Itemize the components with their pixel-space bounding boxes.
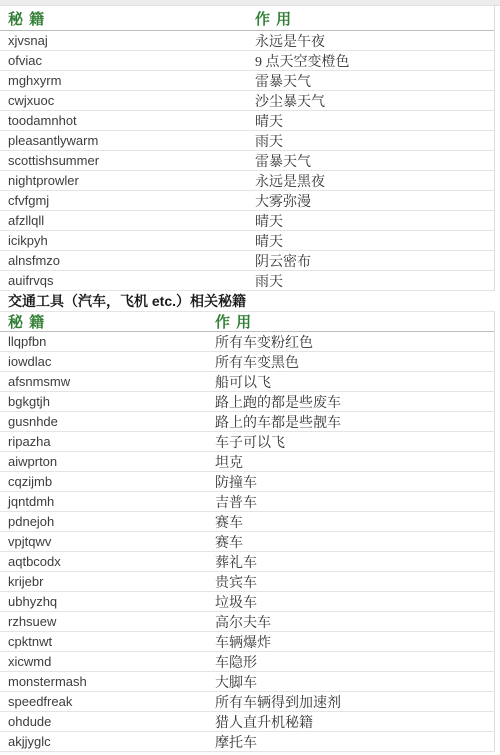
cheat-effect: 赛车: [215, 532, 494, 552]
cheat-effect: 船可以飞: [215, 372, 494, 392]
table-row: monstermash 大脚车: [0, 672, 494, 692]
table-row: cfvfgmj 大雾弥漫: [0, 191, 494, 211]
cheat-code: ofviac: [0, 53, 255, 68]
cheat-effect: 雨天: [255, 131, 494, 151]
cheat-code: iowdlac: [0, 354, 215, 369]
cheat-effect: 垃圾车: [215, 592, 494, 612]
cheat-code: auifrvqs: [0, 273, 255, 288]
cheat-effect: 摩托车: [215, 732, 494, 752]
cheat-code: cfvfgmj: [0, 193, 255, 208]
cheat-effect: 赛车: [215, 512, 494, 532]
cheat-effect: 大雾弥漫: [255, 191, 494, 211]
cheat-effect: 坦克: [215, 452, 494, 472]
cheat-effect: 雷暴天气: [255, 71, 494, 91]
table-row: gusnhde 路上的车都是些靓车: [0, 412, 494, 432]
cheat-effect: 永远是黑夜: [255, 171, 494, 191]
column-header-code: 秘 籍: [0, 8, 255, 29]
vehicle-section-title: 交通工具（汽车，飞机 etc.）相关秘籍: [0, 291, 500, 311]
cheat-code: monstermash: [0, 674, 215, 689]
cheat-code: gusnhde: [0, 414, 215, 429]
cheat-effect: 永远是午夜: [255, 31, 494, 51]
cheat-code: speedfreak: [0, 694, 215, 709]
cheat-effect: 晴天: [255, 211, 494, 231]
table-row: rzhsuew 高尔夫车: [0, 612, 494, 632]
vehicle-table-header-row: 秘 籍 作 用: [0, 312, 494, 332]
column-header-code: 秘 籍: [0, 311, 215, 332]
cheat-code: akjjyglc: [0, 734, 215, 749]
cheat-code: pleasantlywarm: [0, 133, 255, 148]
cheat-code: jqntdmh: [0, 494, 215, 509]
table-row: alnsfmzo 阴云密布: [0, 251, 494, 271]
cheat-effect: 阴云密布: [255, 251, 494, 271]
cheat-effect: 路上跑的都是些废车: [215, 392, 494, 412]
table-row: iowdlac 所有车变黑色: [0, 352, 494, 372]
table-row: xicwmd 车隐形: [0, 652, 494, 672]
vehicle-cheats-table: 秘 籍 作 用 llqpfbn 所有车变粉红色 iowdlac 所有车变黑色 a…: [0, 311, 495, 752]
cheat-code: pdnejoh: [0, 514, 215, 529]
cheat-effect: 晴天: [255, 111, 494, 131]
table-row: afzllqll 晴天: [0, 211, 494, 231]
cheat-effect: 防撞车: [215, 472, 494, 492]
cheat-effect: 高尔夫车: [215, 612, 494, 632]
table-row: icikpyh 晴天: [0, 231, 494, 251]
table-row: llqpfbn 所有车变粉红色: [0, 332, 494, 352]
cheat-effect: 大脚车: [215, 672, 494, 692]
cheat-code: nightprowler: [0, 173, 255, 188]
table-row: aqtbcodx 葬礼车: [0, 552, 494, 572]
cheat-effect: 车辆爆炸: [215, 632, 494, 652]
cheat-effect: 所有车变粉红色: [215, 332, 494, 352]
table-row: ofviac 9 点天空变橙色: [0, 51, 494, 71]
cheat-code: alnsfmzo: [0, 253, 255, 268]
table-row: cqzijmb 防撞车: [0, 472, 494, 492]
table-row: mghxyrm 雷暴天气: [0, 71, 494, 91]
cheat-code: cqzijmb: [0, 474, 215, 489]
table-row: krijebr 贵宾车: [0, 572, 494, 592]
table-row: scottishsummer 雷暴天气: [0, 151, 494, 171]
cheat-code: vpjtqwv: [0, 534, 215, 549]
cheat-code: aqtbcodx: [0, 554, 215, 569]
cheat-effect: 雷暴天气: [255, 151, 494, 171]
table-row: akjjyglc 摩托车: [0, 732, 494, 752]
cheat-effect: 9 点天空变橙色: [255, 51, 494, 71]
table-row: auifrvqs 雨天: [0, 271, 494, 291]
weather-table-header-row: 秘 籍 作 用: [0, 6, 494, 31]
table-row: bgkgtjh 路上跑的都是些废车: [0, 392, 494, 412]
cheat-code: scottishsummer: [0, 153, 255, 168]
cheat-effect: 车子可以飞: [215, 432, 494, 452]
cheat-code: ohdude: [0, 714, 215, 729]
table-row: vpjtqwv 赛车: [0, 532, 494, 552]
cheat-code: aiwprton: [0, 454, 215, 469]
cheat-effect: 猎人直升机秘籍: [215, 712, 494, 732]
column-header-effect: 作 用: [215, 311, 494, 332]
table-row: nightprowler 永远是黑夜: [0, 171, 494, 191]
table-row: xjvsnaj 永远是午夜: [0, 31, 494, 51]
cheat-code: toodamnhot: [0, 113, 255, 128]
cheat-code: afzllqll: [0, 213, 255, 228]
cheat-code: cpktnwt: [0, 634, 215, 649]
cheat-code: xjvsnaj: [0, 33, 255, 48]
cheat-list-page: 秘 籍 作 用 xjvsnaj 永远是午夜 ofviac 9 点天空变橙色 mg…: [0, 0, 500, 755]
cheat-code: ubhyzhq: [0, 594, 215, 609]
table-row: pdnejoh 赛车: [0, 512, 494, 532]
cheat-code: llqpfbn: [0, 334, 215, 349]
cheat-effect: 葬礼车: [215, 552, 494, 572]
cheat-code: cwjxuoc: [0, 93, 255, 108]
column-header-effect: 作 用: [255, 8, 494, 29]
table-row: cwjxuoc 沙尘暴天气: [0, 91, 494, 111]
table-row: ripazha 车子可以飞: [0, 432, 494, 452]
cheat-code: krijebr: [0, 574, 215, 589]
cheat-code: rzhsuew: [0, 614, 215, 629]
cheat-code: mghxyrm: [0, 73, 255, 88]
table-row: ubhyzhq 垃圾车: [0, 592, 494, 612]
cheat-code: xicwmd: [0, 654, 215, 669]
cheat-effect: 车隐形: [215, 652, 494, 672]
table-row: cpktnwt 车辆爆炸: [0, 632, 494, 652]
weather-cheats-table: 秘 籍 作 用 xjvsnaj 永远是午夜 ofviac 9 点天空变橙色 mg…: [0, 6, 495, 291]
weather-table-body: xjvsnaj 永远是午夜 ofviac 9 点天空变橙色 mghxyrm 雷暴…: [0, 31, 494, 291]
cheat-effect: 所有车辆得到加速剂: [215, 692, 494, 712]
table-row: toodamnhot 晴天: [0, 111, 494, 131]
cheat-effect: 雨天: [255, 271, 494, 291]
table-row: jqntdmh 吉普车: [0, 492, 494, 512]
cheat-effect: 贵宾车: [215, 572, 494, 592]
cheat-effect: 所有车变黑色: [215, 352, 494, 372]
cheat-effect: 晴天: [255, 231, 494, 251]
vehicle-table-body: llqpfbn 所有车变粉红色 iowdlac 所有车变黑色 afsnmsmw …: [0, 332, 494, 752]
cheat-effect: 沙尘暴天气: [255, 91, 494, 111]
table-row: speedfreak 所有车辆得到加速剂: [0, 692, 494, 712]
table-row: pleasantlywarm 雨天: [0, 131, 494, 151]
cheat-code: bgkgtjh: [0, 394, 215, 409]
table-row: afsnmsmw 船可以飞: [0, 372, 494, 392]
cheat-code: icikpyh: [0, 233, 255, 248]
cheat-effect: 吉普车: [215, 492, 494, 512]
table-row: aiwprton 坦克: [0, 452, 494, 472]
cheat-code: ripazha: [0, 434, 215, 449]
table-row: ohdude 猎人直升机秘籍: [0, 712, 494, 732]
cheat-code: afsnmsmw: [0, 374, 215, 389]
cheat-effect: 路上的车都是些靓车: [215, 412, 494, 432]
